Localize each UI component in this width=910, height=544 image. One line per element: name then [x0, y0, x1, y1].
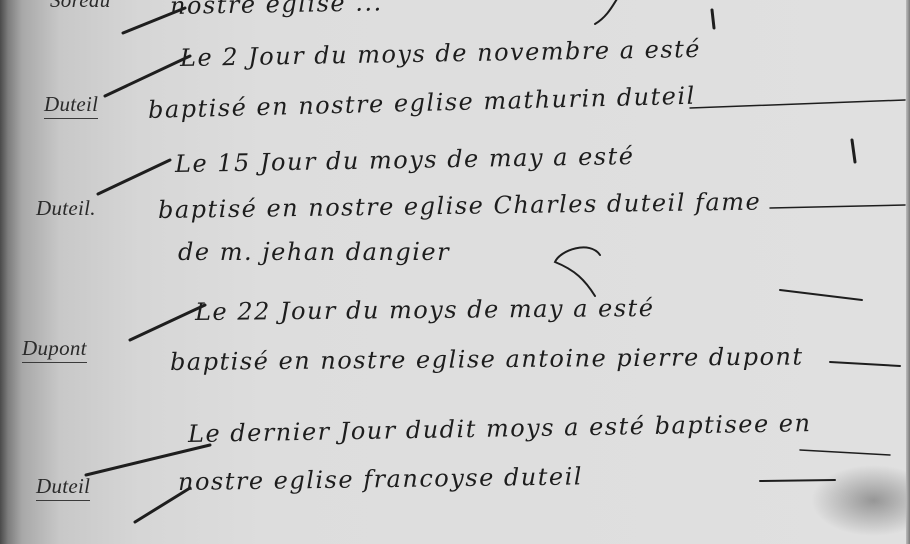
margin-name-dupont: Dupont — [22, 336, 87, 363]
page-edge — [906, 0, 910, 544]
entry-4-line-1: nostre eglise francoyse duteil — [178, 462, 583, 496]
entry-2-line-2: de m. jehan dangier — [178, 238, 450, 266]
entry-3-line-1: baptisé en nostre eglise antoine pierre … — [170, 342, 804, 376]
margin-name-duteil-3: Duteil — [36, 474, 90, 501]
entry-3-line-0: Le 22 Jour du moys de may a esté — [195, 294, 655, 326]
margin-name-soreau: Soreau — [50, 0, 111, 13]
margin-name-duteil-1: Duteil — [44, 92, 98, 119]
manuscript-page — [0, 0, 910, 544]
margin-name-duteil-2: Duteil. — [36, 196, 96, 221]
